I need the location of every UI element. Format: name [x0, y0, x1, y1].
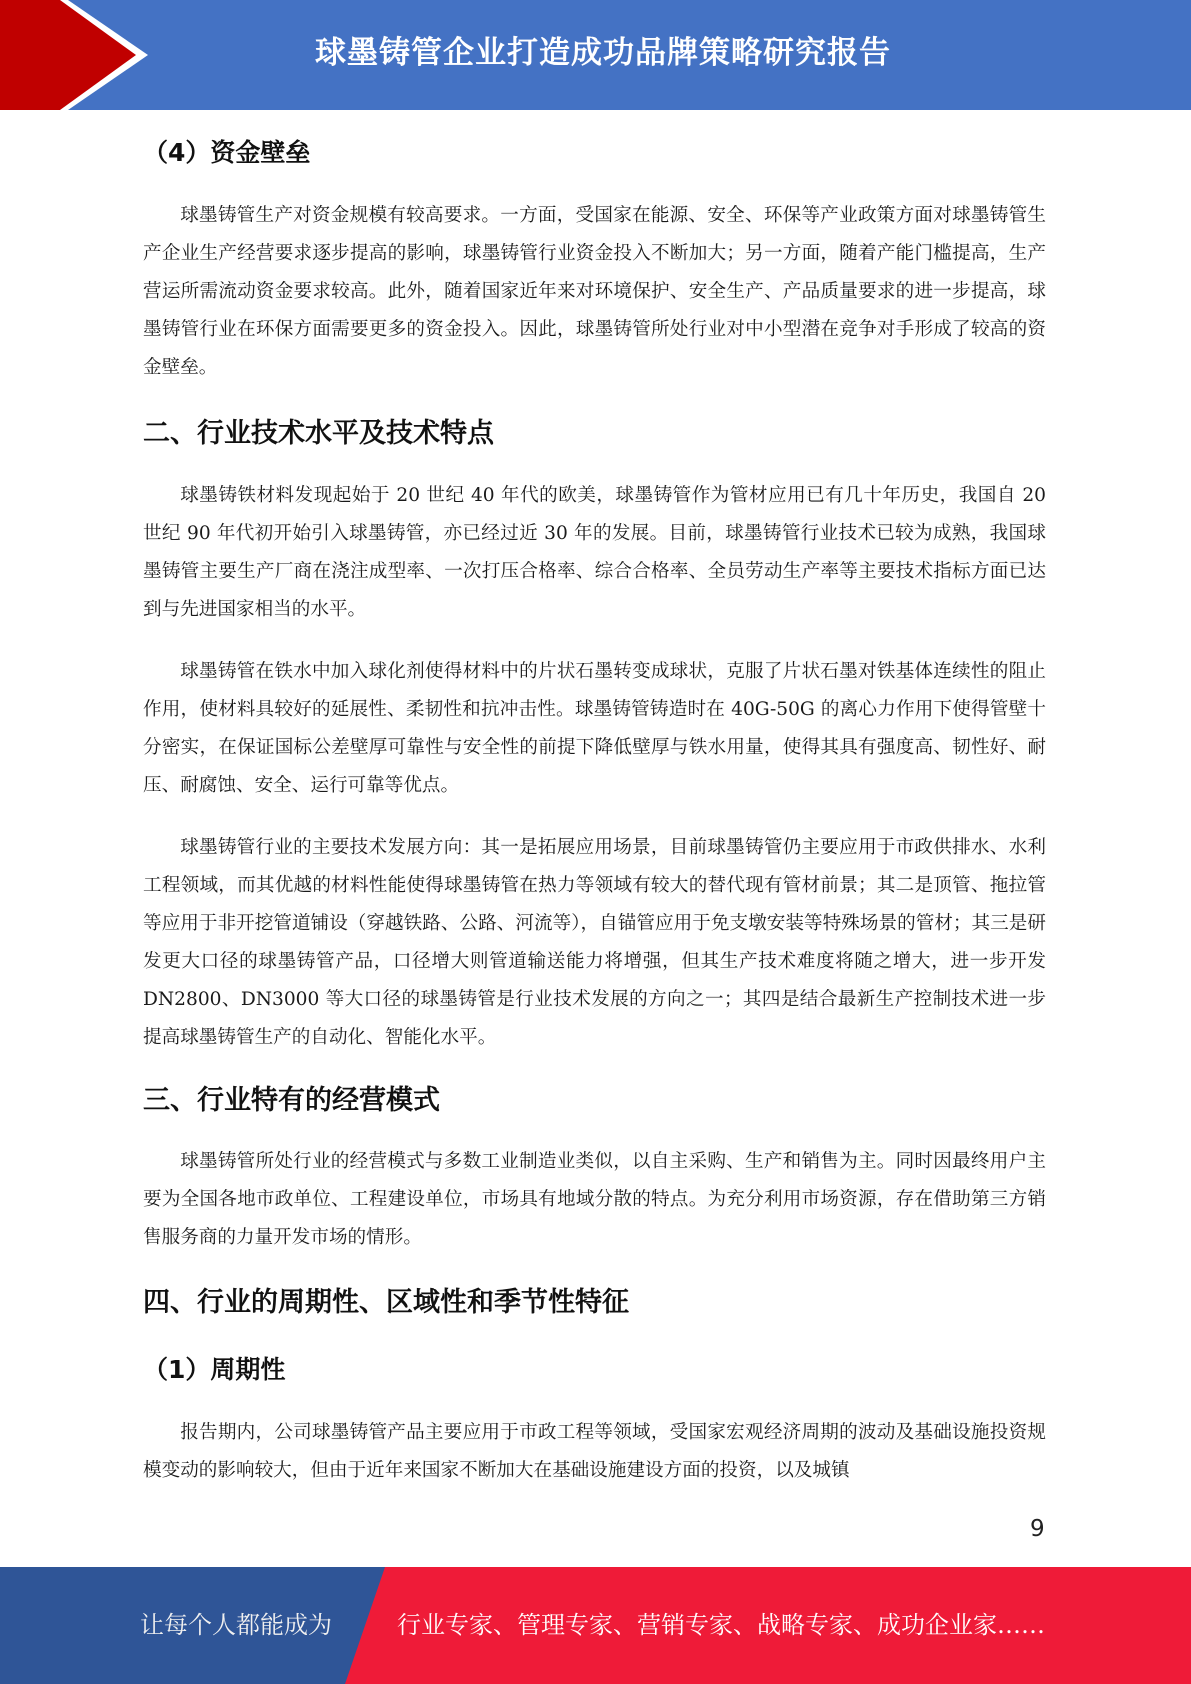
- paragraph-capital-barrier: 球墨铸管生产对资金规模有较高要求。一方面，受国家在能源、安全、环保等产业政策方面…: [143, 197, 1046, 387]
- footer-slogan-left: 让每个人都能成为: [140, 1567, 332, 1684]
- heading-business-model: 三、行业特有的经营模式: [143, 1078, 440, 1117]
- subheading-cyclicality: （1）周期性: [143, 1350, 285, 1386]
- footer-slogan-right: 行业专家、管理专家、营销专家、战略专家、成功企业家……: [397, 1567, 1045, 1684]
- heading-cyclical-regional-seasonal: 四、行业的周期性、区域性和季节性特征: [143, 1280, 629, 1319]
- page-header: 球墨铸管企业打造成功品牌策略研究报告: [0, 0, 1191, 110]
- subheading-capital-barrier: （4）资金壁垒: [143, 133, 310, 169]
- report-title: 球墨铸管企业打造成功品牌策略研究报告: [0, 0, 1191, 110]
- paragraph-technology-history: 球墨铸铁材料发现起始于 20 世纪 40 年代的欧美，球墨铸管作为管材应用已有几…: [143, 477, 1046, 629]
- paragraph-cyclicality: 报告期内，公司球墨铸管产品主要应用于市政工程等领域，受国家宏观经济周期的波动及基…: [143, 1414, 1046, 1490]
- paragraph-technology-directions: 球墨铸管行业的主要技术发展方向：其一是拓展应用场景，目前球墨铸管仍主要应用于市政…: [143, 829, 1046, 1057]
- page-number: 9: [1030, 1516, 1045, 1542]
- paragraph-business-model: 球墨铸管所处行业的经营模式与多数工业制造业类似，以自主采购、生产和销售为主。同时…: [143, 1143, 1046, 1257]
- page-footer: 让每个人都能成为 行业专家、管理专家、营销专家、战略专家、成功企业家……: [0, 1567, 1191, 1684]
- paragraph-technology-properties: 球墨铸管在铁水中加入球化剂使得材料中的片状石墨转变成球状，克服了片状石墨对铁基体…: [143, 653, 1046, 805]
- heading-technology-level: 二、行业技术水平及技术特点: [143, 411, 494, 450]
